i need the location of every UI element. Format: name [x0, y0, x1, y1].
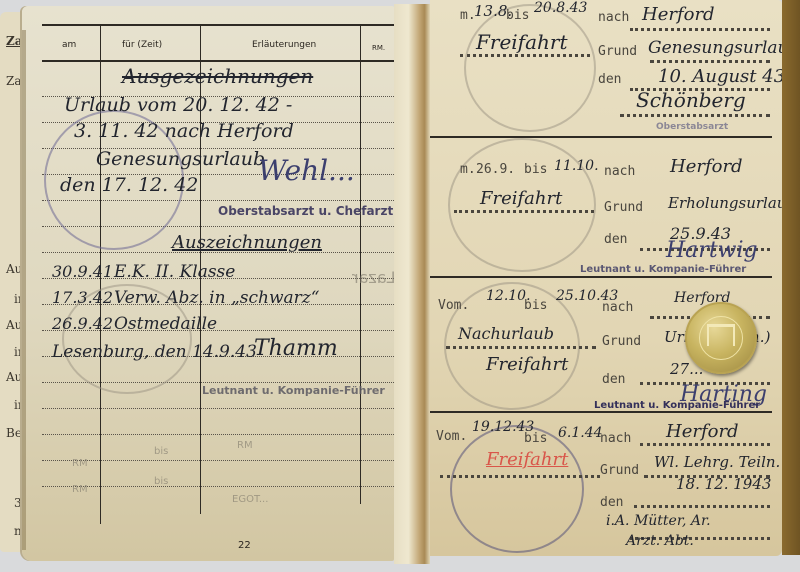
label-nach: nach	[600, 431, 631, 446]
red-stamp-freifahrt: Freifahrt	[486, 449, 568, 470]
header-am: am	[62, 40, 76, 50]
left-note: Freifahrt	[476, 30, 567, 54]
booklet-cover-edge	[782, 0, 800, 555]
label-den: den	[602, 372, 625, 387]
signature: Wehl...	[258, 154, 355, 187]
header-erlaeuterungen: Erläuterungen	[252, 40, 316, 50]
booklet-spine	[394, 4, 430, 564]
brandenburg-gate-icon	[707, 324, 735, 346]
signature: Hartwig	[666, 238, 758, 263]
leave-entry: m. 13.8. bis 20.8.43 nach Herford Freifa…	[430, 0, 782, 135]
leave-entry: Vom. 19.12.43 bis 6.1.44 nach Herford Fr…	[430, 413, 782, 553]
round-stamp	[450, 425, 584, 553]
reason-date: 18. 12. 1943	[676, 475, 771, 493]
left-note: Nachurlaub	[458, 324, 554, 343]
label-den: den	[598, 72, 621, 87]
handwritten-line: Urlaub vom 20. 12. 42 -	[64, 94, 292, 116]
label-grund: Grund	[600, 463, 639, 478]
torn-edge	[22, 30, 26, 550]
date-to: 6.1.44	[558, 425, 603, 441]
reason: Wl. Lehrg. Teiln.	[654, 453, 780, 471]
signature: Thamm	[254, 336, 338, 361]
stamp: Oberstabsarzt	[656, 122, 728, 132]
award-date: 26.9.42	[52, 314, 113, 333]
under-label: n	[14, 524, 22, 538]
right-page: m. 13.8. bis 20.8.43 nach Herford Freifa…	[430, 0, 782, 556]
label-grund: Grund	[598, 44, 637, 59]
faded-row: RM	[72, 484, 88, 495]
label-nach: nach	[602, 300, 633, 315]
reason: Genesungsurlaub	[648, 38, 799, 58]
award-text: E.K. II. Klasse	[114, 262, 235, 282]
handwritten-heading: Ausgezeichnungen	[122, 64, 313, 88]
faded-row: bis	[154, 476, 168, 487]
handwritten-line: den 17. 12. 42	[60, 174, 198, 196]
label-den: den	[600, 495, 623, 510]
under-label: Be	[6, 426, 22, 440]
issue-date: 10. August 43	[658, 66, 785, 87]
signature-line: i.A. Mütter, Ar.	[606, 513, 711, 529]
label-vom: Vom.	[438, 298, 469, 313]
award-text: Verw. Abz. in „schwarz“	[114, 288, 319, 308]
stamp-leutnant: Leutnant u. Kompanie-Führer	[202, 384, 385, 397]
faded-row: RM	[237, 440, 253, 451]
header-fuer-zeit: für (Zeit)	[122, 40, 162, 50]
stamp-oberstabsarzt: Oberstabsarzt u. Chefarzt	[218, 204, 393, 218]
signature: Schönberg	[636, 88, 746, 112]
leave-entry: m. 26.9. bis 11.10. nach Herford Freifah…	[430, 138, 782, 274]
award-text: Ostmedaille	[114, 314, 217, 334]
label-nach: nach	[604, 164, 635, 179]
stamp: Leutnant u. Kompanie-Führer	[580, 264, 746, 275]
reason: Erholungsurlaub	[668, 194, 796, 212]
table-header-rule	[42, 60, 394, 62]
coin	[685, 302, 757, 374]
date-from: 26.9.	[476, 162, 515, 177]
header-rm: RM.	[372, 44, 385, 52]
label-bis: bis	[524, 162, 547, 177]
round-stamp	[464, 4, 596, 132]
stamp: Leutnant u. Kompanie-Führer	[594, 400, 760, 411]
label-vom: Vom.	[436, 429, 467, 444]
left-note-2: Freifahrt	[486, 354, 568, 375]
faded-row: bis	[154, 446, 168, 457]
label-grund: Grund	[604, 200, 643, 215]
label-bis: bis	[524, 431, 547, 446]
date-to: 11.10.	[554, 158, 599, 174]
under-label: 3	[14, 496, 22, 510]
label-nach: nach	[598, 10, 629, 25]
award-date: 17.3.42	[52, 288, 113, 307]
label-bis: bis	[506, 8, 529, 23]
handwritten-line: Genesungsurlaub	[96, 148, 265, 170]
destination: Herford	[670, 156, 743, 177]
destination: Herford	[642, 4, 715, 25]
document-photo: Zal Zahr Ausb in Ausb in Ausb in Be 3 n …	[0, 0, 800, 572]
label-grund: Grund	[602, 334, 641, 349]
faded-row: EGOT...	[232, 494, 268, 505]
award-date: 30.9.41	[52, 262, 113, 281]
closing-line: Lesenburg, den 14.9.43	[52, 342, 257, 362]
label-den: den	[604, 232, 627, 247]
date-to: 20.8.43	[534, 0, 587, 16]
awards-heading: Auszeichnungen	[172, 232, 322, 253]
label-bis: bis	[524, 298, 547, 313]
ghost-text: Lazar	[352, 268, 396, 287]
label-vom: m.	[460, 162, 476, 177]
page-number: 22	[238, 540, 251, 551]
table-top-rule	[42, 24, 394, 26]
faded-row: RM	[72, 458, 88, 469]
signature-line-2: Arzt. Abt.	[626, 533, 694, 549]
handwritten-line: 3. 11. 42 nach Herford	[74, 120, 294, 142]
destination: Herford	[666, 421, 739, 442]
left-note: Freifahrt	[480, 188, 562, 209]
left-page: am für (Zeit) Erläuterungen RM. Ausgezei…	[22, 6, 394, 561]
